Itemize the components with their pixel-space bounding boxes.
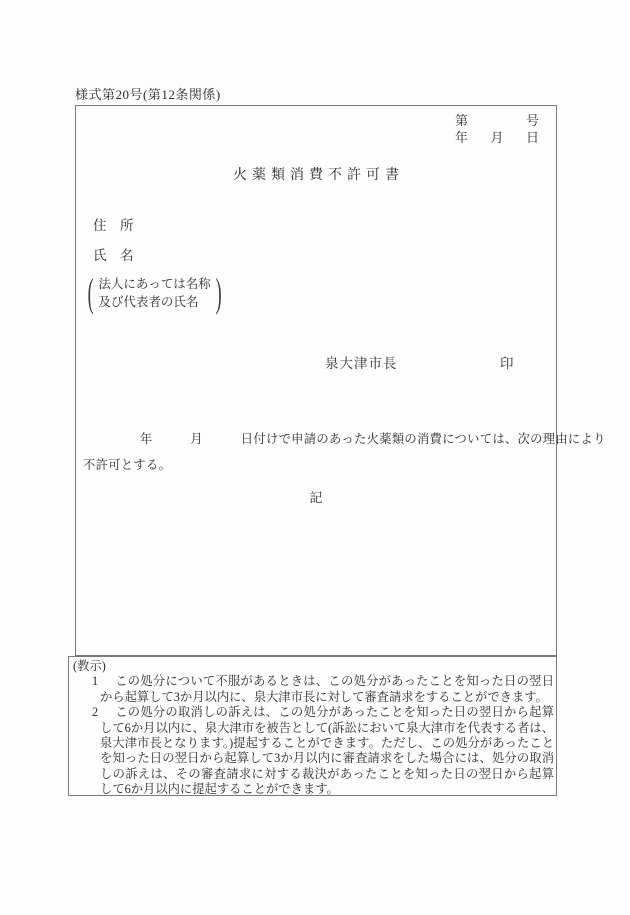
body-text-line1: 年 月 日付けで申請のあった火薬類の消費については、次の理由により bbox=[83, 429, 606, 447]
document-title: 火薬類消費不許可書 bbox=[76, 164, 556, 184]
notice-heading: (教示) bbox=[69, 657, 556, 674]
month-label: 月 bbox=[490, 127, 503, 146]
notice-item-1-text: この処分について不服があるときは、この処分があったことを知った日の翌日から起算し… bbox=[100, 674, 554, 703]
corporate-note-lines: 法人にあっては名称 及び代表者の氏名 bbox=[98, 275, 210, 311]
name-label: 氏 名 bbox=[93, 244, 134, 264]
seal-mark: 印 bbox=[500, 352, 514, 372]
day-label: 日 bbox=[526, 127, 539, 146]
notice-item-2: 2この処分の取消しの訴えは、この処分があったことを知った日の翌日から起算して6か… bbox=[69, 705, 556, 796]
notice-box: (教示) 1この処分について不服があるときは、この処分があったことを知った日の翌… bbox=[68, 656, 557, 796]
notice-item-1-number: 1 bbox=[92, 674, 115, 689]
notice-item-1: 1この処分について不服があるときは、この処分があったことを知った日の翌日から起算… bbox=[69, 674, 556, 705]
year-label: 年 bbox=[455, 127, 468, 146]
mayor-label: 泉大津市長 bbox=[325, 352, 398, 372]
main-form-box: 第 号 年 月 日 火薬類消費不許可書 住 所 氏 名 ( 法人にあっては名称 … bbox=[75, 105, 557, 656]
notice-item-2-number: 2 bbox=[92, 705, 115, 720]
notice-item-2-text: この処分の取消しの訴えは、この処分があったことを知った日の翌日から起算して6か月… bbox=[100, 705, 554, 796]
corporate-note: ( 法人にあっては名称 及び代表者の氏名 ) bbox=[84, 272, 225, 314]
document-page: 様式第20号(第12条関係) 第 号 年 月 日 火薬類消費不許可書 住 所 氏… bbox=[0, 0, 630, 915]
corporate-note-line2: 及び代表者の氏名 bbox=[98, 293, 210, 311]
date-line: 年 月 日 bbox=[455, 127, 539, 146]
body-text-line2: 不許可とする。 bbox=[83, 455, 171, 473]
left-paren: ( bbox=[88, 272, 94, 314]
right-paren: ) bbox=[215, 272, 221, 314]
address-label: 住 所 bbox=[93, 214, 134, 234]
corporate-note-line1: 法人にあっては名称 bbox=[98, 275, 210, 293]
form-number-label: 様式第20号(第12条関係) bbox=[75, 84, 221, 103]
ki-mark: 記 bbox=[76, 487, 556, 506]
